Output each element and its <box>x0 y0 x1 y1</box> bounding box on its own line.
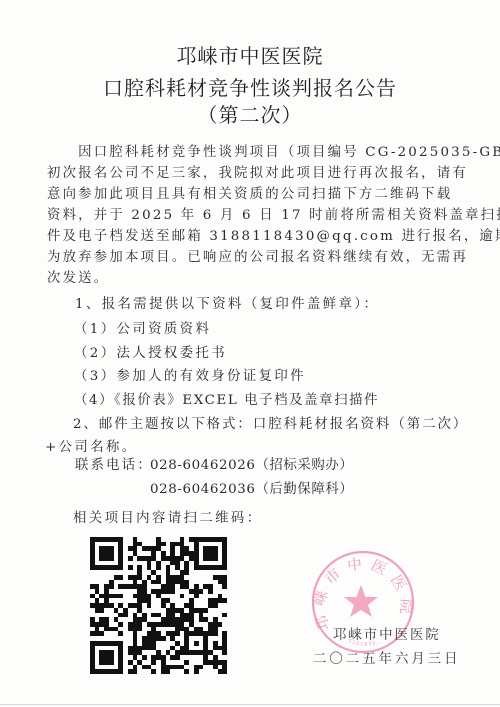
email-subject-rule: 2、邮件主题按以下格式：口腔科耗材报名资料（第二次） <box>73 415 468 435</box>
intro-line: 次发送。 <box>47 268 455 289</box>
requirement-item: （1）公司资质资料 <box>74 320 211 340</box>
page-edge <box>0 704 500 705</box>
intro-line: 为放弃参加本项目。已响应的公司报名资料继续有效，无需再 <box>47 247 455 268</box>
intro-line: 因口腔科耗材竞争性谈判项目（项目编号 CG-2025035-GB） <box>47 142 455 163</box>
contact-phone-procurement: 028-60462026（招标采购办） <box>150 456 353 476</box>
intro-line: 资料，并于 2025 年 6 月 6 日 17 时前将所需相关资料盖章扫描 <box>47 205 455 226</box>
requirement-item: （4）《报价表》EXCEL 电子档及盖章扫描件 <box>74 391 379 411</box>
intro-line: 初次报名公司不足三家，我院拟对此项目进行再次报名，请有 <box>47 163 455 184</box>
contact-phone-logistics: 028-60462036（后勤保障科） <box>150 480 353 500</box>
qr-prompt: 相关项目内容请扫二维码： <box>73 509 263 529</box>
intro-paragraph: 因口腔科耗材竞争性谈判项目（项目编号 CG-2025035-GB） 初次报名公司… <box>47 142 455 289</box>
star-icon <box>344 585 378 617</box>
title-hospital: 邛崃市中医医院 <box>0 44 500 68</box>
signature-date: 二〇二五年六月三日 <box>313 648 461 667</box>
requirement-item: （2）法人授权委托书 <box>74 344 227 364</box>
signature-hospital: 邛崃市中医医院 <box>333 624 441 643</box>
contact-label: 联系电话： <box>75 456 153 476</box>
title-round: （第二次） <box>0 103 500 127</box>
title-announcement: 口腔科耗材竞争性谈判报名公告 <box>0 76 500 100</box>
email-subject-rule-cont: +公司名称。 <box>45 438 138 458</box>
qr-code-icon[interactable] <box>90 537 227 674</box>
intro-line: 意向参加此项目且具有相关资质的公司扫描下方二维码下载 <box>47 184 455 205</box>
requirements-heading: 1、报名需提供以下资料（复印件盖鲜章）： <box>75 295 379 315</box>
intro-line: 件及电子档发送至邮箱 3188118430@qq.com 进行报名，逾期视 <box>47 226 455 247</box>
requirement-item: （3）参加人的有效身份证复印件 <box>74 367 306 387</box>
